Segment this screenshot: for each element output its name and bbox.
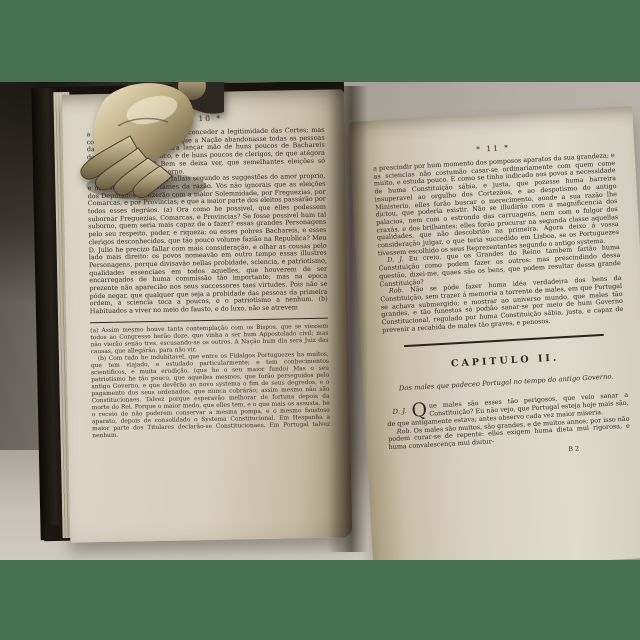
right-page: * 11 * a prescindir por hum momento dos … [348, 106, 640, 560]
paragraph-continuation: a prescindir por hum momento dos pomposo… [373, 152, 620, 258]
footnote-rule [90, 318, 328, 324]
chapter-rule [404, 334, 604, 347]
paragraph-text: a prescindir por hum momento dos pomposo… [373, 151, 619, 257]
chapter-subtitle: Dos males que padeceo Portugal no tempo … [385, 372, 627, 393]
speaker-label: D. J. [393, 408, 407, 417]
metal-hand-paperweight-icon [72, 82, 224, 206]
footnote-b: (b) Com tudo he indubitavel, que entre o… [91, 352, 331, 441]
right-page-text: * 11 * a prescindir por hum momento dos … [372, 137, 631, 463]
photo-open-antique-book: * 10 * a ordem, e grandeza, poderia conc… [0, 82, 640, 560]
chapter-heading: CAPITULO II. [384, 349, 626, 373]
framed-book-photograph: * 10 * a ordem, e grandeza, poderia conc… [0, 0, 640, 640]
